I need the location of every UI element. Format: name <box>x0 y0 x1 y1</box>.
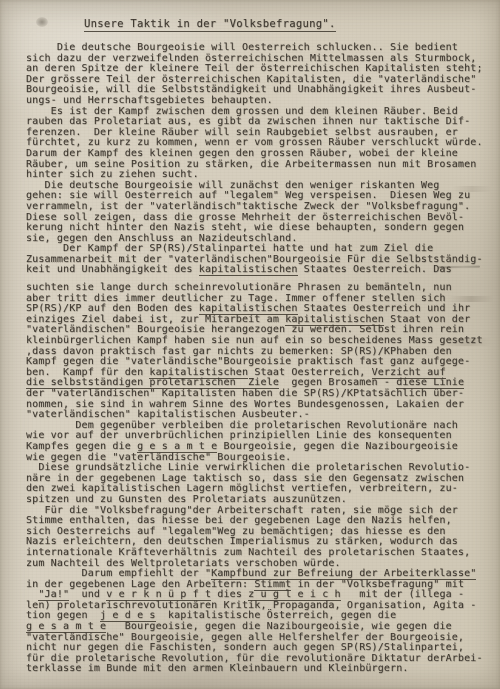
text-line: Kampfes gegen die g e s a m t e Bourgeoi… <box>26 442 494 453</box>
text-line: verrammeln, ist der "vaterländisch"takti… <box>26 202 494 213</box>
text-line: der "vaterländischen" Kapitalisten haben… <box>26 389 494 400</box>
text-line: spitzen und zu Gunsten des Proletariats … <box>26 495 494 506</box>
document-content: Unsere Taktik in der "Volksbefragung". D… <box>26 18 494 675</box>
document-body: Die deutsche Bourgeoisie will Oesterreic… <box>26 43 494 675</box>
text-line: Darum der Kampf des kleinen gegen den gr… <box>26 149 494 160</box>
text-line: terklasse im Bunde mit den armen Kleinba… <box>26 664 494 675</box>
text-line: internationale Kräfteverhältnis zum Nach… <box>26 548 494 559</box>
paragraph-block: Die deutsche Bourgeoisie will Oesterreic… <box>26 43 494 276</box>
document-page: Unsere Taktik in der "Volksbefragung". D… <box>0 0 500 689</box>
text-line: ungs- und Herrschaftsgebietes behaupten. <box>26 96 494 107</box>
text-line: keit und Unabhängigkeit des kapitalistis… <box>26 265 494 276</box>
text-line: Die deutsche Bourgeoisie will Oesterreic… <box>26 43 494 54</box>
paragraph-block: suchten sie lange durch scheinrevolution… <box>26 283 494 675</box>
underlined-text: kapitalistischen <box>199 264 298 276</box>
document-title: Unsere Taktik in der "Volksbefragung". <box>84 18 494 30</box>
document-title-text: Unsere Taktik in der "Volksbefragung". <box>84 18 336 32</box>
